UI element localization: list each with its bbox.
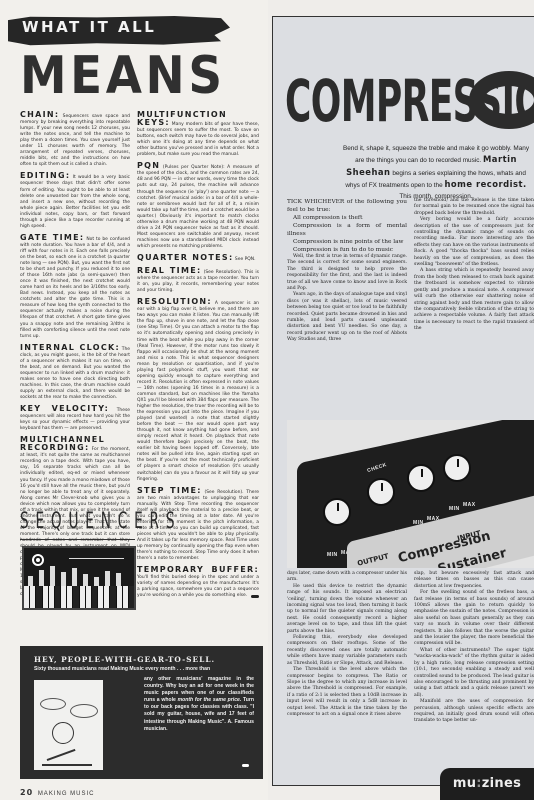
cartoon-illustration [34, 680, 103, 770]
glossary-definition: It would be a very basic sequencer these… [20, 175, 130, 228]
right-page: COMPRESSIO Bend it, shape it, squeeze th… [268, 0, 534, 800]
glossary-term: QUARTER NOTES: [137, 253, 234, 262]
glossary-definition: Not to be confused with note duration. Y… [20, 237, 130, 339]
body-paragraph: Very boring would be a fairly accurate d… [414, 217, 534, 268]
article-frame: COMPRESSIO Bend it, shape it, squeeze th… [272, 16, 534, 786]
body-column-4: slap, but beware excessively fast attack… [414, 571, 534, 725]
glossary-entry: GATE TIME: Not to be confused with note … [20, 235, 130, 340]
glossary-definition: See PQN. [235, 257, 256, 262]
ad-body: any other musicians' magazine in the cou… [144, 676, 254, 733]
ad-lead: Sixty thousand musicians read Making Mus… [34, 666, 255, 672]
glossary-term: RESOLUTION: [137, 297, 212, 306]
glossary-term: GATE TIME: [20, 233, 84, 242]
body-paragraph: What of other instruments? The super tig… [414, 648, 534, 699]
glossary-entry: REAL TIME: (See Resolution). This is whe… [137, 268, 259, 294]
body-paragraph: For the swelling sound of the fretless b… [414, 590, 534, 648]
sequencer-illustration [22, 546, 136, 610]
body-paragraph: Following this, everybody else developed… [287, 635, 407, 667]
glossary-definition: The clock, as you might guess, is the bi… [20, 347, 130, 400]
intro-line: TICK WHICHEVER of the following you feel… [287, 198, 407, 214]
glossary-term: PQN [137, 161, 160, 170]
left-page: WHAT IT ALL MEANS CHAIN: Sequencers save… [0, 0, 268, 800]
series-name: home recordist. [444, 179, 526, 189]
body-column-1: TICK WHICHEVER of the following you feel… [287, 198, 407, 344]
glossary-term: TEMPORARY BUFFER: [137, 565, 259, 574]
glossary-entry: EDITING: It would be a very basic sequen… [20, 173, 130, 229]
section-title: MEANS [20, 50, 226, 102]
page-number: 20 [20, 788, 33, 797]
cloud-shape [40, 698, 66, 710]
end-of-article-icon [251, 595, 259, 598]
glossary-definition: Many modern bits of gear have these, but… [137, 122, 259, 157]
glossary-entry: CHAIN: Sequencers save space and memory … [20, 112, 130, 168]
ad-headline: HEY, PEOPLE-WITH-GEAR-TO-SELL. [34, 655, 255, 664]
level-bars [28, 564, 130, 586]
body-paragraph: Manifold are the uses of compression for… [414, 699, 534, 725]
section-kicker: WHAT IT ALL [22, 18, 156, 36]
glossary-entry: MULTIFUNCTION KEYS: Many modern bits of … [137, 112, 259, 158]
intro-option: Compression is a form of mental illness [287, 222, 407, 238]
glossary-definition: A sequencer is an ear with a big flap ov… [137, 301, 259, 481]
glossary-term: CHAIN: [20, 110, 59, 119]
intro-option: Compression is fun to do to music [287, 246, 407, 254]
glossary-term: REAL TIME: [137, 266, 201, 275]
body-paragraph: Well, the first is true in terms of dyna… [287, 254, 407, 292]
divider [20, 539, 135, 540]
glossary-entry: RESOLUTION: A sequencer is an ear with a… [137, 299, 259, 482]
running-figure [52, 722, 74, 744]
compressor-pedal-photo: CHECK MIN MAX LO HI MIN MAX MIN MAX INPU… [287, 420, 534, 568]
glossary-entry: QUARTER NOTES: See PQN. [137, 255, 259, 263]
standfirst: Bend it, shape it, squeeze the treble an… [341, 144, 531, 202]
glossary-definition: (Pulses per Quarter Note): A measure of … [137, 165, 259, 249]
piano-keys [24, 586, 134, 608]
body-paragraph: days later, came down with a compressor … [287, 571, 407, 584]
body-paragraph: the threshold, and the Release is the ti… [414, 198, 534, 217]
end-of-article-icon [242, 764, 249, 767]
glossary-entry: INTERNAL CLOCK: The clock, as you might … [20, 345, 130, 401]
glossary-definition: You'll find this buried deep in the spec… [137, 575, 259, 598]
sequencers-heading: SEQUENCERS [20, 509, 181, 534]
tone-knob [367, 478, 395, 506]
glossary-term: STEP TIME: [137, 486, 202, 495]
level-knob [323, 498, 351, 526]
muzines-watermark: mu:zines [440, 768, 534, 800]
glossary-term: EDITING: [20, 171, 70, 180]
body-paragraph: Years ago, in the days of analogue tape … [287, 292, 407, 343]
glossary-entry: KEY VELOCITY: These sequencers will also… [20, 406, 130, 432]
attack-knob [407, 464, 435, 492]
body-paragraph: slap, but beware excessively fast attack… [414, 571, 534, 590]
glossary-term: KEY VELOCITY: [20, 404, 109, 413]
glossary-entry: TEMPORARY BUFFER: You'll find this burie… [137, 567, 259, 599]
intro-option: Compression is nine points of the law [287, 238, 407, 246]
sustain-knob [443, 454, 471, 482]
glossary-entry: PQN (Pulses per Quarter Note): A measure… [137, 163, 259, 250]
glossary-term: INTERNAL CLOCK: [20, 343, 120, 352]
classifieds-ad: HEY, PEOPLE-WITH-GEAR-TO-SELL. Sixty tho… [20, 646, 263, 779]
body-paragraph: The Threshold is the level above which t… [287, 667, 407, 718]
cloud-shape [70, 704, 98, 718]
glossary-definition: Sequencers save space and memory by brea… [20, 114, 130, 167]
waveform-icon [69, 558, 124, 562]
body-paragraph: A bass string which is repeatedly heaved… [414, 268, 534, 332]
intro-option: All compression is theft [287, 214, 407, 222]
body-column-2: the threshold, and the Release is the ti… [414, 198, 534, 333]
page-footer: 20 MAKING MUSIC [20, 788, 94, 797]
body-column-3: days later, came down with a compressor … [287, 571, 407, 718]
publication-name: MAKING MUSIC [38, 791, 95, 797]
body-paragraph: He used this device to restrict the dyna… [287, 584, 407, 635]
